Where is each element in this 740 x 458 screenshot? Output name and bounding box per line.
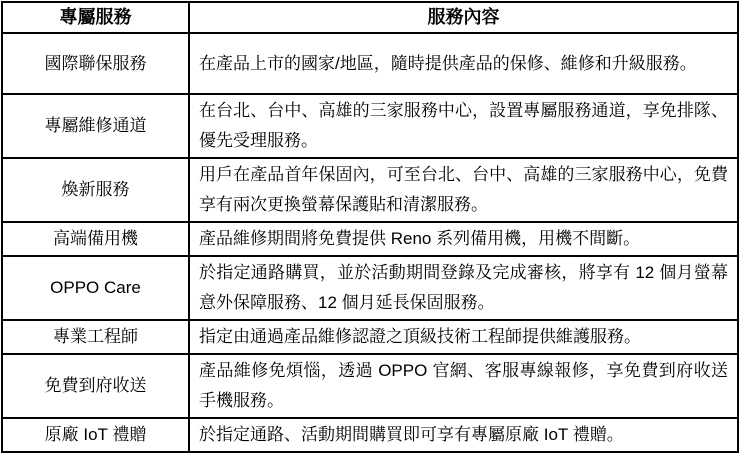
service-name-cell: 煥新服務 [2,158,189,222]
service-content-cell: 在台北、台中、高雄的三家服務中心，設置專屬服務通道，享免排隊、優先受理服務。 [189,94,738,158]
service-content-cell: 於指定通路、活動期間購買即可享有專屬原廠 IoT 禮贈。 [189,418,738,452]
service-content-cell: 於指定通路購買，並於活動期間登錄及完成審核，將享有 12 個月螢幕意外保障服務、… [189,256,738,320]
service-table: 專屬服務 服務內容 國際聯保服務 在產品上市的國家/地區，隨時提供產品的保修、維… [1,1,739,453]
service-table-body: 國際聯保服務 在產品上市的國家/地區，隨時提供產品的保修、維修和升級服務。 專屬… [2,33,738,452]
service-name-cell: 國際聯保服務 [2,33,189,94]
service-name-cell: 高端備用機 [2,222,189,256]
table-row: 專業工程師 指定由通過產品維修認證之頂級技術工程師提供維護服務。 [2,320,738,354]
table-row: 國際聯保服務 在產品上市的國家/地區，隨時提供產品的保修、維修和升級服務。 [2,33,738,94]
table-row: 原廠 IoT 禮贈 於指定通路、活動期間購買即可享有專屬原廠 IoT 禮贈。 [2,418,738,452]
service-content-cell: 在產品上市的國家/地區，隨時提供產品的保修、維修和升級服務。 [189,33,738,94]
service-content-cell: 產品維修免煩惱，透過 OPPO 官網、客服專線報修，享免費到府收送手機服務。 [189,354,738,418]
service-table-header: 專屬服務 服務內容 [2,2,738,33]
table-row: 免費到府收送 產品維修免煩惱，透過 OPPO 官網、客服專線報修，享免費到府收送… [2,354,738,418]
service-name-cell: 專業工程師 [2,320,189,354]
table-row: 高端備用機 產品維修期間將免費提供 Reno 系列備用機，用機不間斷。 [2,222,738,256]
service-content-cell: 用戶在產品首年保固內，可至台北、台中、高雄的三家服務中心，免費享有兩次更換螢幕保… [189,158,738,222]
table-row: 煥新服務 用戶在產品首年保固內，可至台北、台中、高雄的三家服務中心，免費享有兩次… [2,158,738,222]
table-row: OPPO Care 於指定通路購買，並於活動期間登錄及完成審核，將享有 12 個… [2,256,738,320]
column-header-service: 專屬服務 [2,2,189,33]
table-row: 專屬維修通道 在台北、台中、高雄的三家服務中心，設置專屬服務通道，享免排隊、優先… [2,94,738,158]
header-row: 專屬服務 服務內容 [2,2,738,33]
service-content-cell: 指定由通過產品維修認證之頂級技術工程師提供維護服務。 [189,320,738,354]
service-name-cell: 專屬維修通道 [2,94,189,158]
service-name-cell: OPPO Care [2,256,189,320]
service-name-cell: 原廠 IoT 禮贈 [2,418,189,452]
service-name-cell: 免費到府收送 [2,354,189,418]
service-content-cell: 產品維修期間將免費提供 Reno 系列備用機，用機不間斷。 [189,222,738,256]
column-header-content: 服務內容 [189,2,738,33]
